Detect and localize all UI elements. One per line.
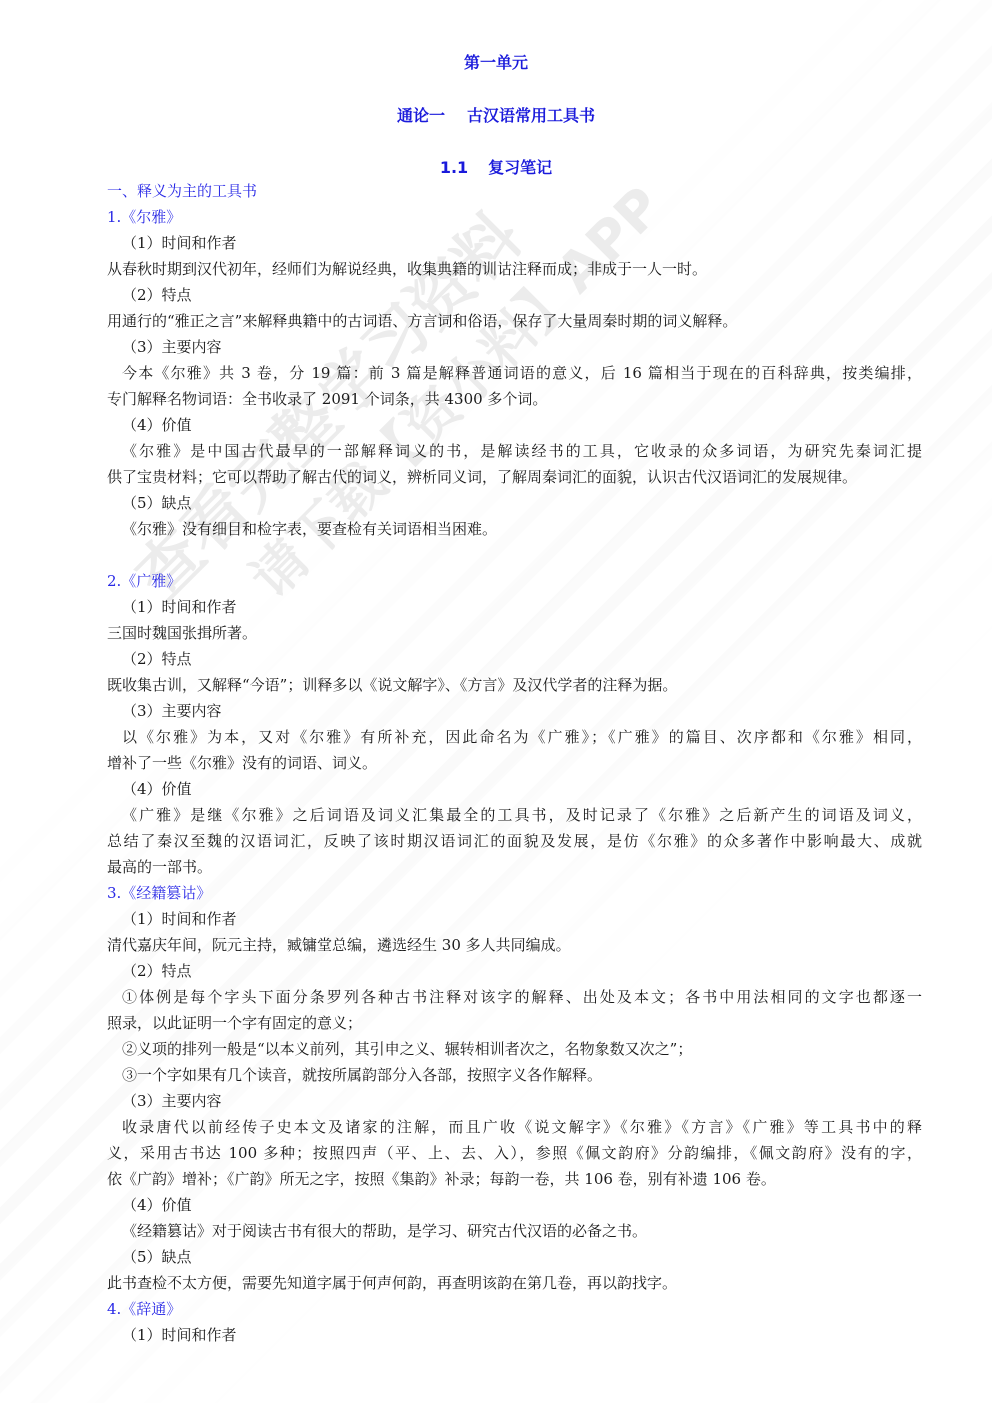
unit-title: 第一单元 — [0, 50, 992, 73]
paragraph: 最高的一部书。 — [107, 854, 927, 880]
item-label: （4）价值 — [122, 1192, 942, 1218]
paragraph: 《尔雅》没有细目和检字表，要查检有关词语相当困难。 — [122, 516, 942, 542]
paragraph: 《经籍篡诂》对于阅读古书有很大的帮助，是学习、研究古代汉语的必备之书。 — [122, 1218, 942, 1244]
paragraph: 收录唐代以前经传子史本文及诸家的注解，而且广收《说文解字》《尔雅》《方言》《广雅… — [122, 1114, 922, 1140]
paragraph: 从春秋时期到汉代初年，经师们为解说经典，收集典籍的训诂注释而成；非成于一人一时。 — [107, 256, 927, 282]
section-number: 1.1 — [440, 158, 468, 177]
book-title: 3.《经籍篡诂》 — [107, 880, 927, 906]
item-label: （1）时间和作者 — [122, 594, 942, 620]
item-label: （1）时间和作者 — [122, 230, 942, 256]
paragraph: 三国时魏国张揖所著。 — [107, 620, 927, 646]
paragraph: 依《广韵》增补；《广韵》所无之字，按照《集韵》补录；每韵一卷，共 106 卷，别… — [107, 1166, 927, 1192]
paragraph: 义，采用古书达 100 多种；按照四声（平、上、去、入），参照《佩文韵府》分韵编… — [107, 1140, 922, 1166]
paragraph: 清代嘉庆年间，阮元主持，臧镛堂总编，遴选经生 30 多人共同编成。 — [107, 932, 927, 958]
item-label: （5）缺点 — [122, 490, 942, 516]
paragraph: 用通行的“雅正之言”来解释典籍中的古词语、方言词和俗语，保存了大量周秦时期的词义… — [107, 308, 927, 334]
part-title: 一、释义为主的工具书 — [107, 178, 927, 204]
chapter-number: 通论一 — [397, 106, 445, 125]
paragraph: ③一个字如果有几个读音，就按所属韵部分入各部，按照字义各作解释。 — [122, 1062, 942, 1088]
paragraph: 《尔雅》是中国古代最早的一部解释词义的书，是解读经书的工具，它收录的众多词语，为… — [122, 438, 922, 464]
item-label: （3）主要内容 — [122, 1088, 942, 1114]
document-page: 查看完整学习资料 请下载【资小料】APP 第一单元 通论一古汉语常用工具书 1.… — [0, 0, 992, 1403]
item-label: （4）价值 — [122, 776, 942, 802]
item-label: （3）主要内容 — [122, 698, 942, 724]
chapter-title: 通论一古汉语常用工具书 — [0, 103, 992, 126]
paragraph: 总结了秦汉至魏的汉语词汇，反映了该时期汉语词汇的面貌及发展，是仿《尔雅》的众多著… — [107, 828, 922, 854]
paragraph: 专门解释名物词语：全书收录了 2091 个词条，共 4300 多个词。 — [107, 386, 927, 412]
paragraph: ①体例是每个字头下面分条罗列各种古书注释对该字的解释、出处及本文；各书中用法相同… — [122, 984, 922, 1010]
item-label: （5）缺点 — [122, 1244, 942, 1270]
chapter-name: 古汉语常用工具书 — [467, 106, 595, 125]
paragraph: 既收集古训，又解释“今语”；训释多以《说文解字》、《方言》及汉代学者的注释为据。 — [107, 672, 927, 698]
paragraph: 《广雅》是继《尔雅》之后词语及词义汇集最全的工具书，及时记录了《尔雅》之后新产生… — [122, 802, 922, 828]
item-label: （2）特点 — [122, 646, 942, 672]
item-label: （1）时间和作者 — [122, 906, 942, 932]
book-title: 2.《广雅》 — [107, 568, 927, 594]
paragraph: 此书查检不太方便，需要先知道字属于何声何韵，再查明该韵在第几卷，再以韵找字。 — [107, 1270, 927, 1296]
paragraph: ②义项的排列一般是“以本义前列，其引申之义、辗转相训者次之，名物象数又次之”； — [122, 1036, 942, 1062]
paragraph: 今本《尔雅》共 3 卷，分 19 篇：前 3 篇是解释普通词语的意义，后 16 … — [122, 360, 922, 386]
item-label: （2）特点 — [122, 958, 942, 984]
paragraph: 供了宝贵材料；它可以帮助了解古代的词义，辨析同义词，了解周秦词汇的面貌，认识古代… — [107, 464, 927, 490]
item-label: （1）时间和作者 — [122, 1322, 942, 1348]
item-label: （4）价值 — [122, 412, 942, 438]
book-title: 1.《尔雅》 — [107, 204, 927, 230]
book-title: 4.《辞通》 — [107, 1296, 927, 1322]
section-name: 复习笔记 — [488, 158, 552, 177]
paragraph: 以《尔雅》为本，又对《尔雅》有所补充，因此命名为《广雅》；《广雅》的篇目、次序都… — [122, 724, 922, 750]
item-label: （3）主要内容 — [122, 334, 942, 360]
paragraph: 照录，以此证明一个字有固定的意义； — [107, 1010, 927, 1036]
section-title: 1.1复习笔记 — [0, 155, 992, 178]
item-label: （2）特点 — [122, 282, 942, 308]
paragraph: 增补了一些《尔雅》没有的词语、词义。 — [107, 750, 927, 776]
